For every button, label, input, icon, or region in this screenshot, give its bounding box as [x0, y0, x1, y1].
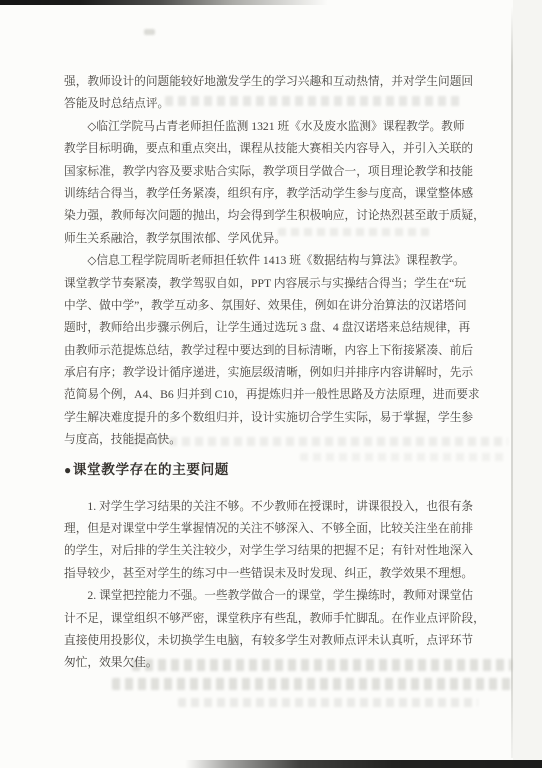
text-line: 教学目标明确，要点和重点突出，课程从技能大赛相关内容导入，并引入关联的 [64, 138, 478, 160]
scan-edge-artifact-top [0, 0, 400, 5]
text-line: 2. 课堂把控能力不强。一些教学做合一的课堂，学生操练时，教师对课堂估 [64, 585, 478, 607]
paper-edge-line [511, 6, 513, 758]
bleed-through-ghost [178, 698, 478, 707]
text-line: ◇临江学院马占青老师担任监测 1321 班《水及废水监测》课程教学。教师 [64, 116, 478, 138]
paragraph-continuation: 强，教师设计的问题能较好地激发学生的学习兴趣和互动热情，并对学生问题回 答能及时… [64, 71, 478, 116]
text-line: 学生解决难度提升的多个数组归并，设计实施切合学生实际，易于掌握，学生参 [64, 407, 478, 429]
text-line: 与度高，技能提高快。 [64, 429, 478, 451]
section-heading-text: 课堂教学存在的主要问题 [73, 462, 229, 477]
text-line: 国家标准，教学内容及要求贴合实际，教学项目学做合一，项目理论教学和技能 [64, 161, 478, 183]
paragraph-problem-1: 1. 对学生学习结果的关注不够。不少教师在授课时，讲课很投入，也很有条 理，但是… [64, 496, 478, 586]
text-line: 匆忙，效果欠佳。 [64, 652, 478, 674]
scan-smudge [144, 29, 155, 35]
scan-edge-artifact-bottom [185, 760, 542, 768]
scanned-document-page: 强，教师设计的问题能较好地激发学生的学习兴趣和互动热情，并对学生问题回 答能及时… [0, 0, 542, 768]
text-line: 课堂教学节奏紧凑，教学驾驭自如，PPT 内容展示与实操结合得当；学生在“玩 [64, 273, 478, 295]
document-text: 强，教师设计的问题能较好地激发学生的学习兴趣和互动热情，并对学生问题回 答能及时… [64, 71, 478, 675]
text-line: 直接使用投影仪，未切换学生电脑，有较多学生对教师点评未认真听，点评环节 [64, 630, 478, 652]
text-line: 1. 对学生学习结果的关注不够。不少教师在授课时，讲课很投入，也很有条 [64, 496, 478, 518]
text-line: 训练结合得当，教学任务紧凑，组织有序，教学活动学生参与度高，课堂整体感 [64, 183, 478, 205]
text-line: 答能及时总结点评。 [64, 93, 478, 115]
bullet-icon: ● [64, 463, 72, 477]
text-line: 题时，教师给出步骤示例后，让学生通过选玩 3 盘、4 盘汉诺塔来总结规律，再 [64, 317, 478, 339]
text-line: 的学生，对后排的学生关注较少，对学生学习结果的把握不足；有针对性地深入 [64, 540, 478, 562]
text-line: ◇信息工程学院周昕老师担任软件 1413 班《数据结构与算法》课程教学。 [64, 250, 478, 272]
paragraph-problem-2: 2. 课堂把控能力不强。一些教学做合一的课堂，学生操练时，教师对课堂估 计不足，… [64, 585, 478, 675]
paragraph-information-engineering-college: ◇信息工程学院周昕老师担任软件 1413 班《数据结构与算法》课程教学。 课堂教… [64, 250, 478, 452]
paragraph-linjiang-college: ◇临江学院马占青老师担任监测 1321 班《水及废水监测》课程教学。教师 教学目… [64, 116, 478, 250]
text-line: 师生关系融洽，教学氛围浓郁、学风优异。 [64, 228, 478, 250]
text-line: 由教师示范提炼总结，教学过程中要达到的目标清晰，内容上下衔接紧凑、前后 [64, 340, 478, 362]
text-line: 强，教师设计的问题能较好地激发学生的学习兴趣和互动热情，并对学生问题回 [64, 71, 478, 93]
bleed-through-ghost [112, 678, 514, 690]
text-line: 理，但是对课堂中学生掌握情况的关注不够深入、不够全面，比较关注坐在前排 [64, 518, 478, 540]
text-line: 中学、做中学”，教学互动多、氛围好、效果佳，例如在讲分治算法的汉诺塔问 [64, 295, 478, 317]
text-line: 范简易个例，A4、B6 归并到 C10，再提炼归并一般性思路及方法原理，进而要求 [64, 384, 478, 406]
text-line: 计不足，课堂组织不够严密，课堂秩序有些乱，教师手忙脚乱。在作业点评阶段， [64, 608, 478, 630]
section-heading: ●课堂教学存在的主要问题 [64, 460, 478, 479]
text-line: 承启有序；教学设计循序递进，实施层级清晰，例如归并排序内容讲解时，先示 [64, 362, 478, 384]
text-line: 染力强，教师每次问题的抛出，均会得到学生积极响应，讨论热烈甚至敢于质疑， [64, 205, 478, 227]
paper-right-margin [513, 0, 542, 768]
text-line: 指导较少，甚至对学生的练习中一些错误未及时发现、纠正，教学效果不理想。 [64, 563, 478, 585]
